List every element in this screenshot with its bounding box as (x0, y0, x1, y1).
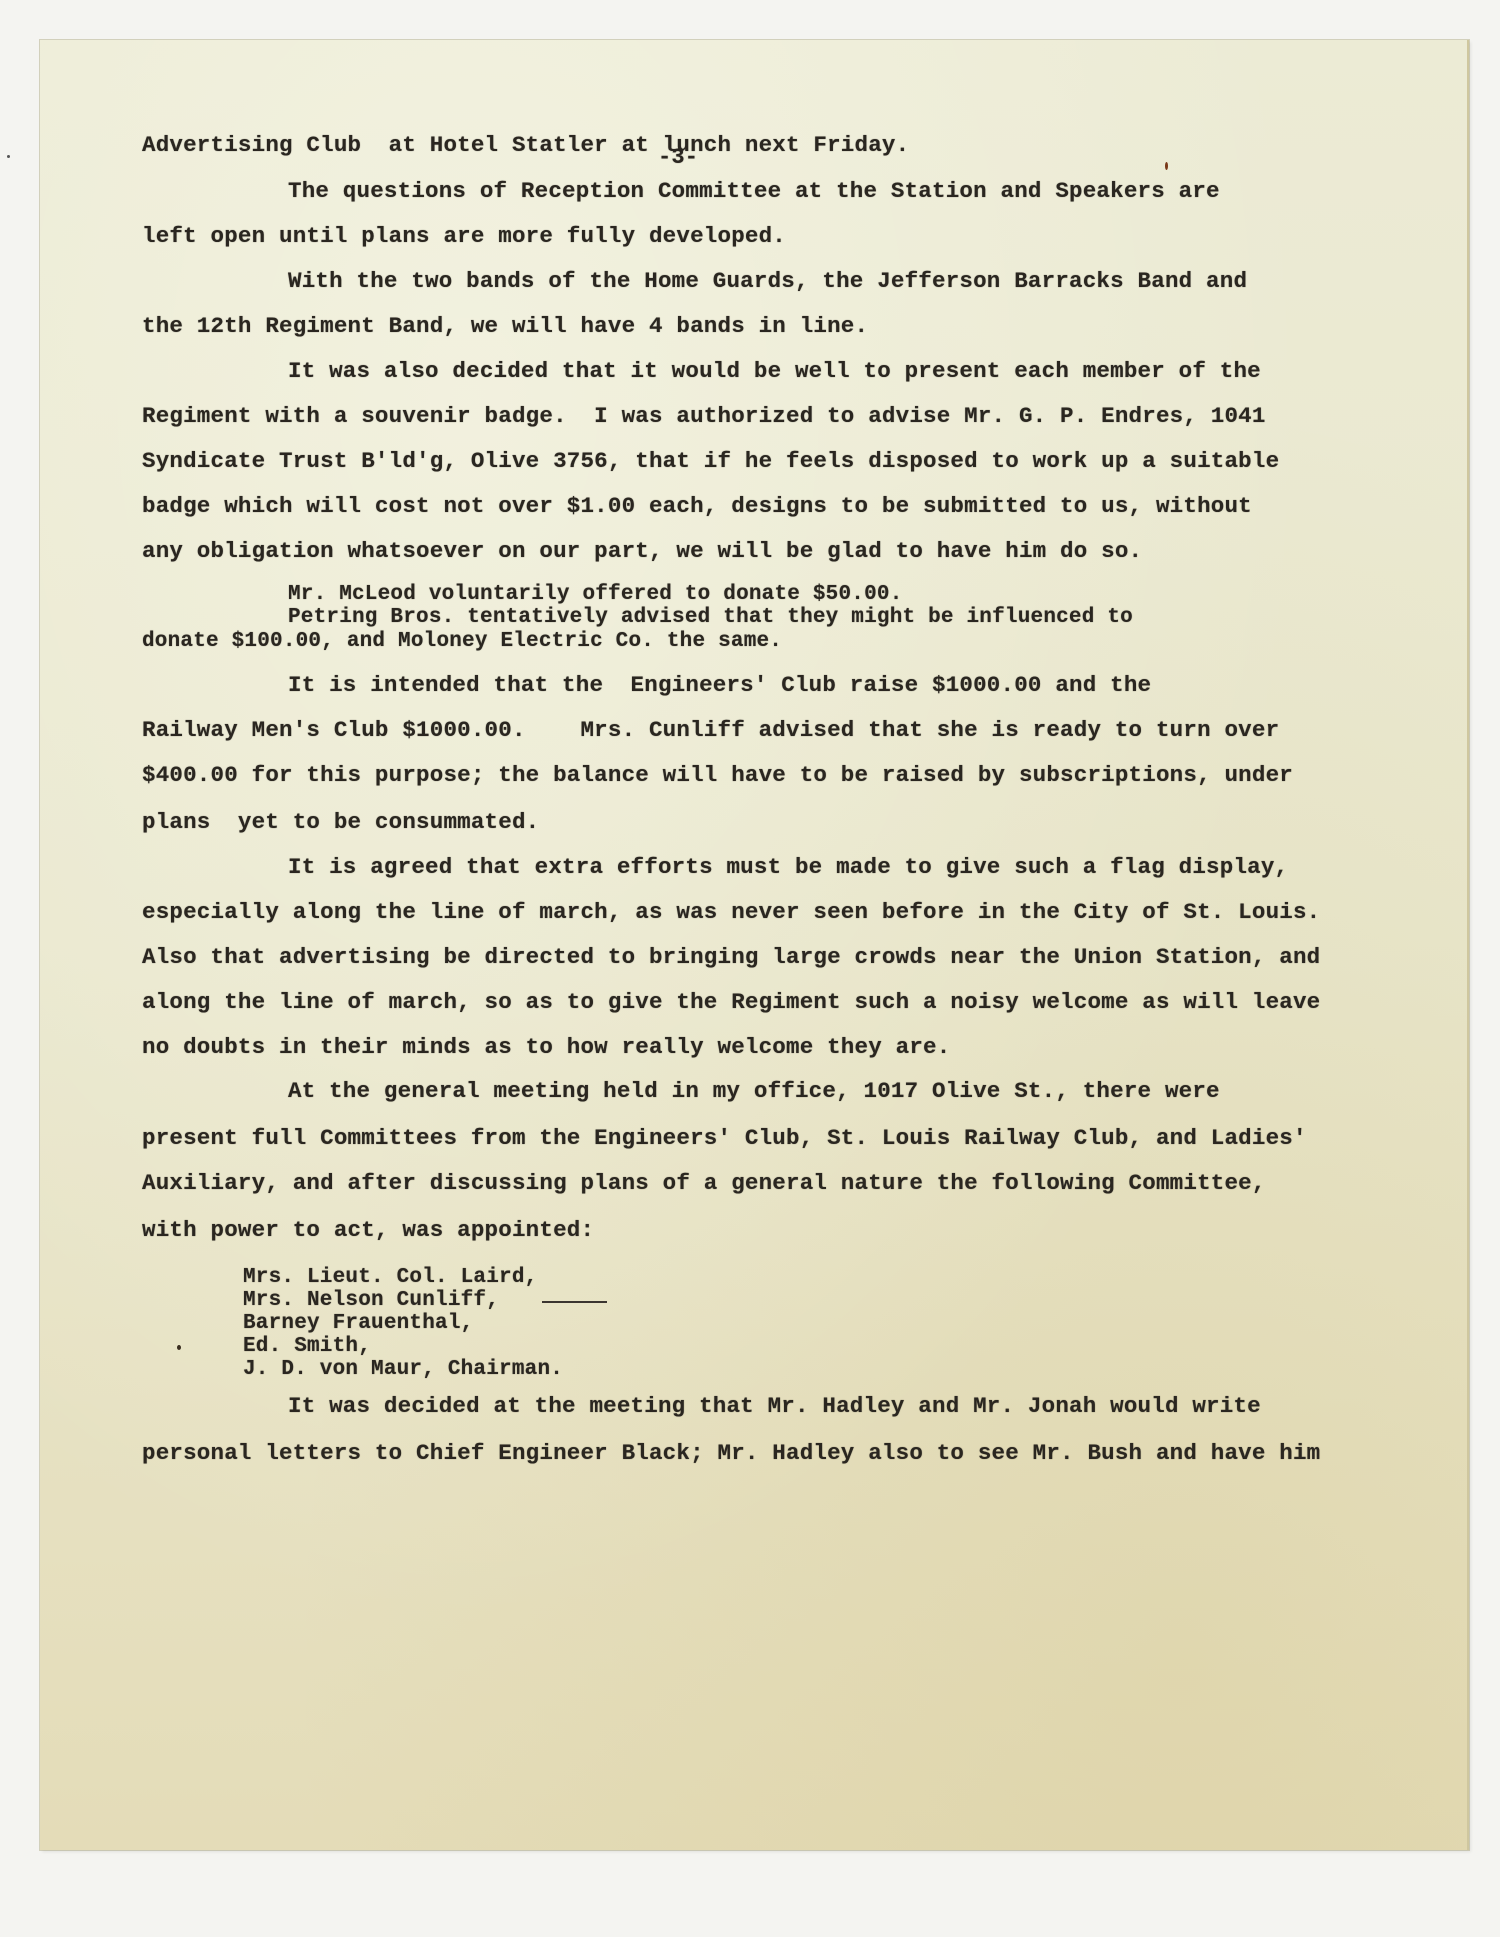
text-line: left open until plans are more fully dev… (142, 223, 786, 249)
text-line: personal letters to Chief Engineer Black… (142, 1440, 1320, 1466)
text-line: Petring Bros. tentatively advised that t… (288, 606, 1133, 629)
committee-member: Mrs. Nelson Cunliff, (243, 1289, 499, 1312)
committee-member: Mrs. Lieut. Col. Laird, (243, 1266, 537, 1289)
text-line: present full Committees from the Enginee… (142, 1125, 1307, 1151)
text-line: donate $100.00, and Moloney Electric Co.… (142, 630, 782, 653)
text-line: With the two bands of the Home Guards, t… (288, 268, 1247, 294)
text-line: It is agreed that extra efforts must be … (288, 854, 1288, 880)
text-line: no doubts in their minds as to how reall… (142, 1034, 950, 1060)
text-line: plans yet to be consummated. (142, 809, 539, 835)
committee-member: Barney Frauenthal, (243, 1312, 473, 1335)
text-line: At the general meeting held in my office… (288, 1078, 1220, 1104)
text-line: It is intended that the Engineers' Club … (288, 672, 1151, 698)
committee-member: J. D. von Maur, Chairman. (243, 1358, 563, 1381)
text-line: Railway Men's Club $1000.00. Mrs. Cunlif… (142, 717, 1279, 743)
text-line: badge which will cost not over $1.00 eac… (142, 493, 1252, 519)
text-line: Syndicate Trust B'ld'g, Olive 3756, that… (142, 448, 1279, 474)
text-line: along the line of march, so as to give t… (142, 989, 1320, 1015)
text-line: It was decided at the meeting that Mr. H… (288, 1393, 1261, 1419)
text-line: Also that advertising be directed to bri… (142, 944, 1320, 970)
text-line: It was also decided that it would be wel… (288, 358, 1261, 384)
ink-speck (177, 1345, 181, 1350)
text-line: Mr. McLeod voluntarily offered to donate… (288, 583, 903, 606)
ink-speck (1165, 162, 1168, 170)
text-line: $400.00 for this purpose; the balance wi… (142, 762, 1293, 788)
committee-member: Ed. Smith, (243, 1335, 371, 1358)
text-line: Auxiliary, and after discussing plans of… (142, 1170, 1266, 1196)
text-line: Advertising Club at Hotel Statler at lun… (142, 132, 909, 158)
text-line: The questions of Reception Committee at … (288, 178, 1220, 204)
text-line: Regiment with a souvenir badge. I was au… (142, 403, 1266, 429)
text-line: the 12th Regiment Band, we will have 4 b… (142, 313, 868, 339)
pen-stroke-mark (542, 1301, 607, 1303)
text-line: with power to act, was appointed: (142, 1217, 594, 1243)
ink-speck (7, 155, 10, 158)
text-line: any obligation whatsoever on our part, w… (142, 538, 1142, 564)
text-line: especially along the line of march, as w… (142, 899, 1320, 925)
